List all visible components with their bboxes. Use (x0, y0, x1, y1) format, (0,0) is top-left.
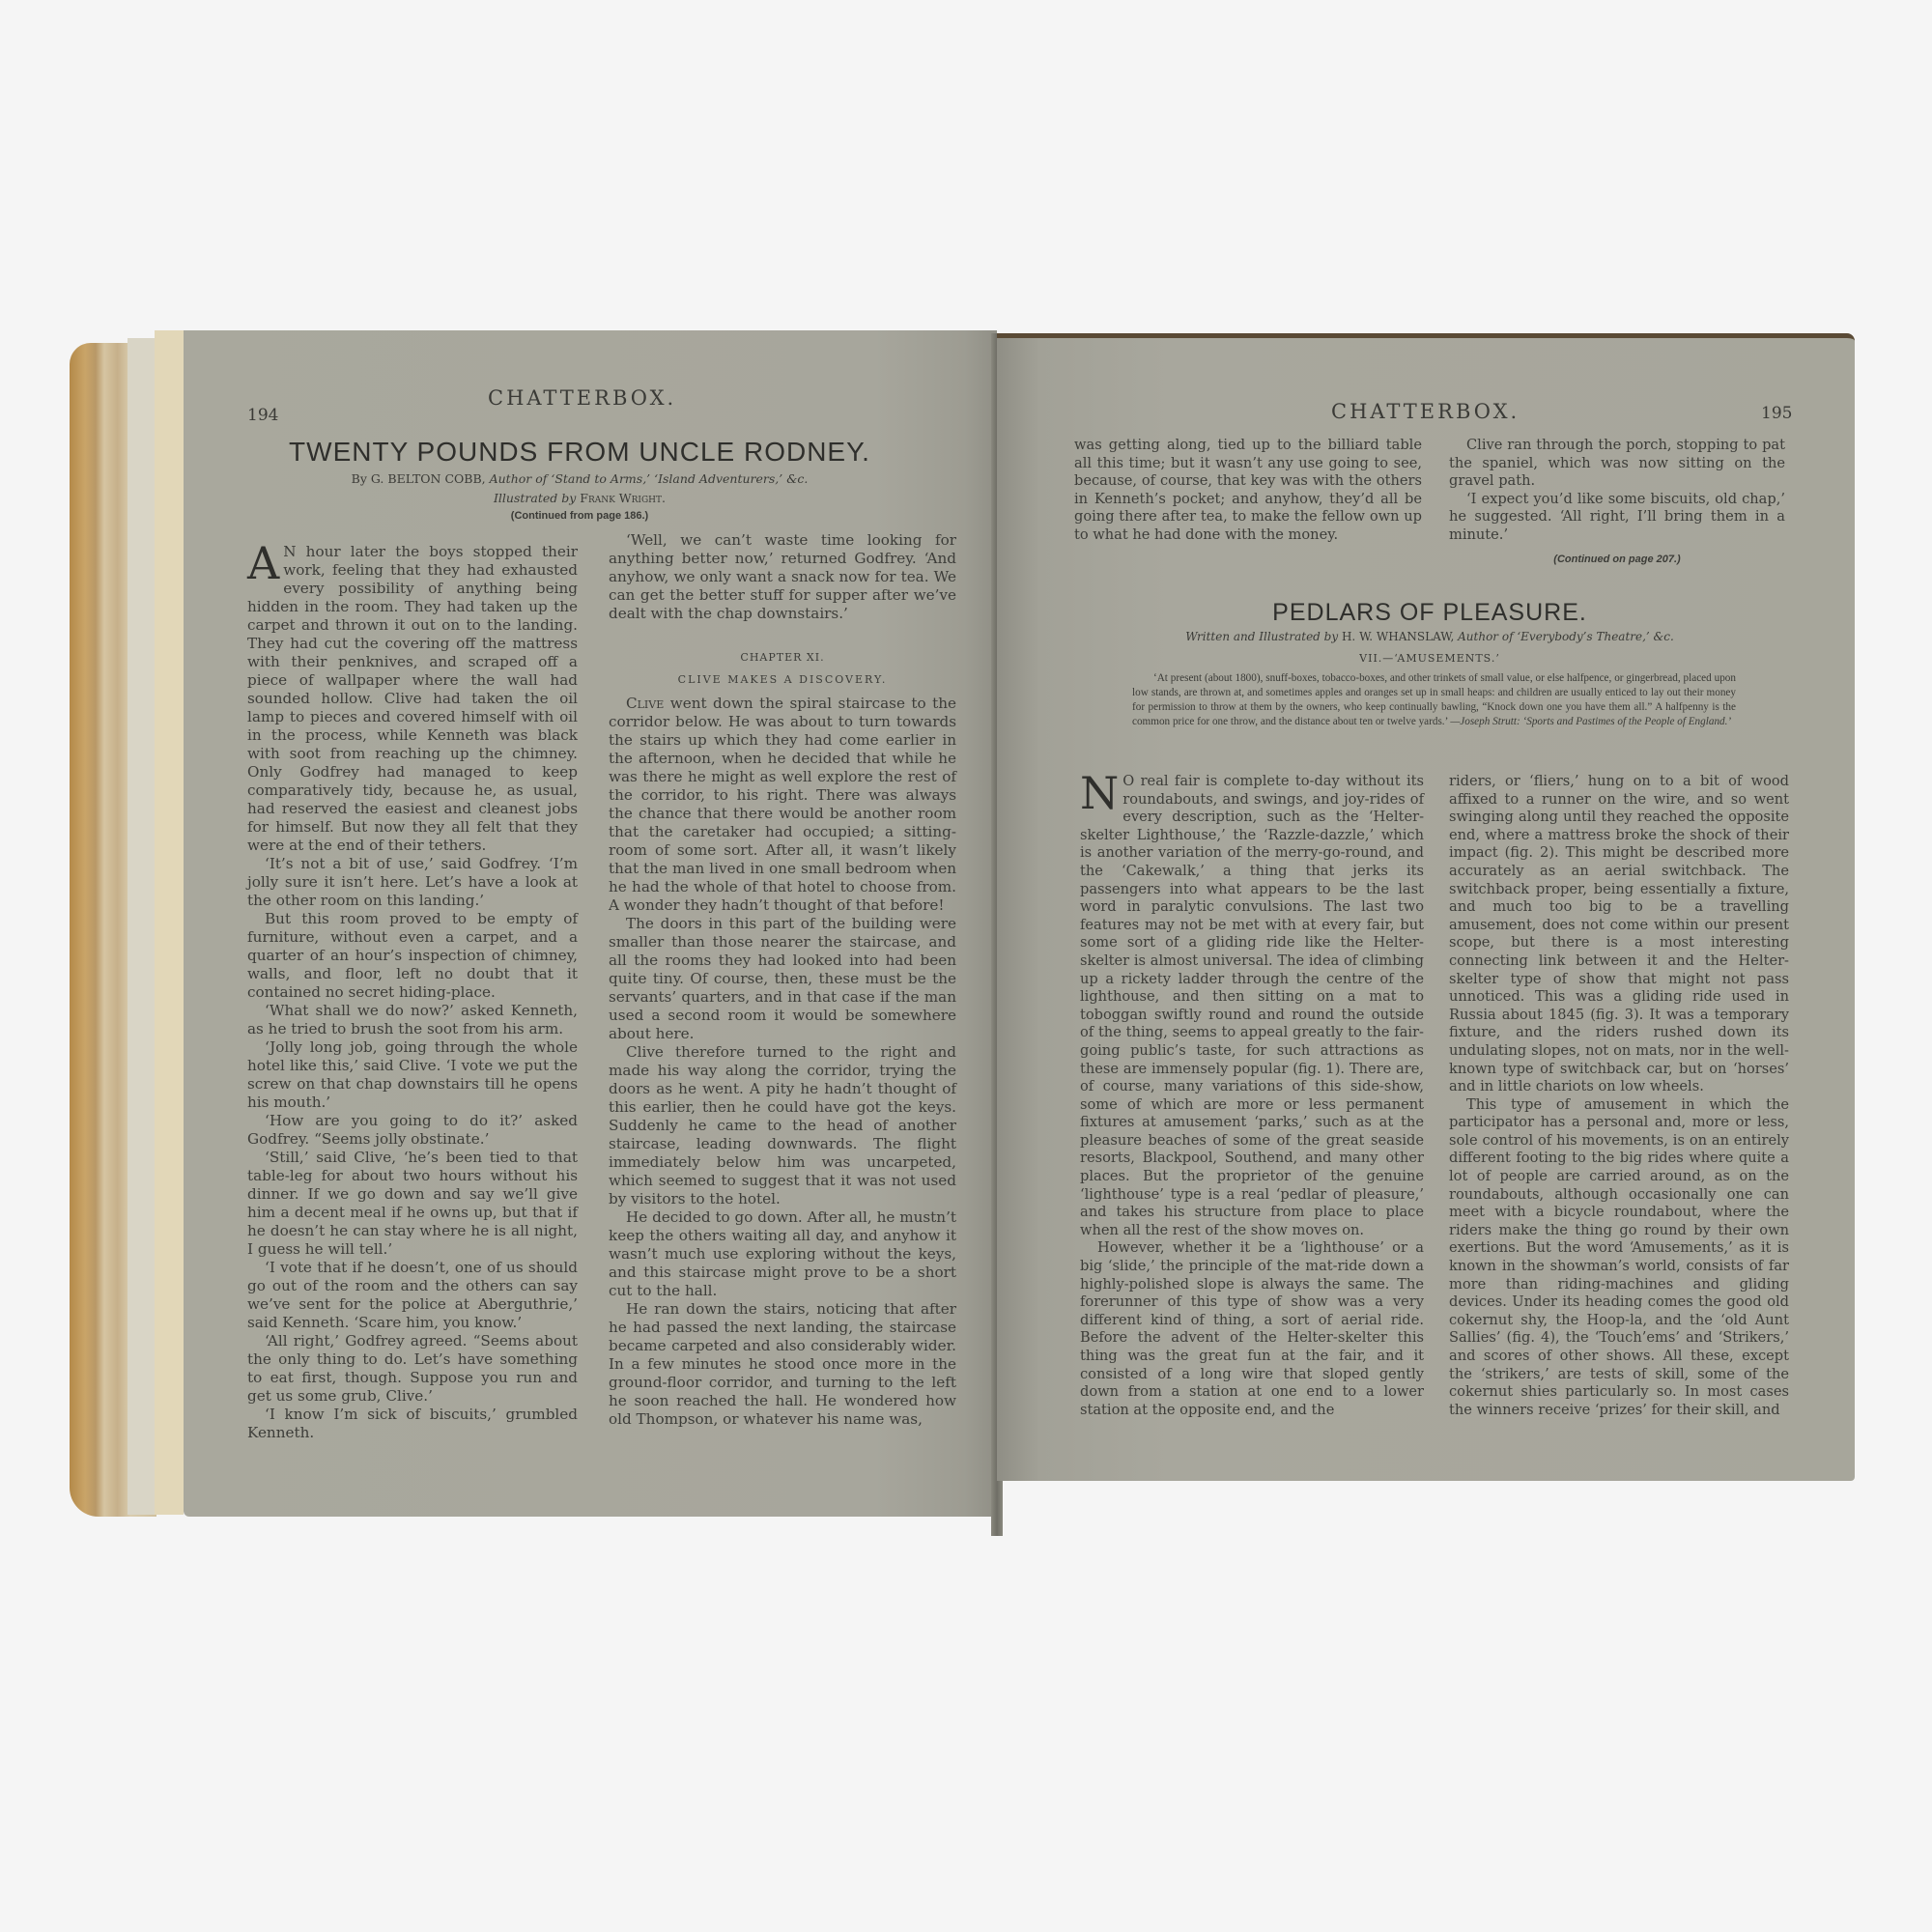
paragraph: AN hour later the boys stopped their wor… (247, 543, 578, 855)
running-head-left: CHATTERBOX. (488, 386, 676, 410)
paragraph: He ran down the stairs, noticing that af… (609, 1300, 956, 1429)
article-column-2: riders, or ‘fliers,’ hung on to a bit of… (1449, 773, 1789, 1419)
article-column-1: NO real fair is complete to-day without … (1080, 773, 1424, 1419)
paragraph: ‘Well, we can’t waste time looking for a… (609, 531, 956, 623)
chapter-title: CLIVE MAKES A DISCOVERY. (609, 670, 956, 689)
article-byline: Written and Illustrated by H. W. WHANSLA… (1101, 630, 1758, 643)
paragraph: ‘What shall we do now?’ asked Kenneth, a… (247, 1002, 578, 1038)
drop-cap: N (1080, 775, 1119, 811)
article-author: H. W. WHANSLAW, (1342, 630, 1454, 643)
illustrated-prefix: Illustrated by (494, 491, 576, 505)
paragraph: But this room proved to be empty of furn… (247, 910, 578, 1002)
open-book: 194 CHATTERBOX. TWENTY POUNDS FROM UNCLE… (0, 0, 1932, 1932)
story-column-2: ‘Well, we can’t waste time looking for a… (609, 531, 956, 1429)
epigraph-text: ‘At present (about 1800), snuff-boxes, t… (1132, 671, 1736, 729)
page-number-left: 194 (247, 406, 278, 425)
section-label: VII.—‘AMUSEMENTS.’ (1101, 652, 1758, 665)
story-byline: By G. BELTON COBB, Author of ‘Stand to A… (251, 471, 908, 486)
page-edge-strip (155, 330, 184, 1515)
article-title: PEDLARS OF PLEASURE. (1101, 599, 1758, 627)
paragraph: ‘It’s not a bit of use,’ said Godfrey. ‘… (247, 855, 578, 910)
page-number-right: 195 (1761, 404, 1792, 423)
paragraph: Clive went down the spiral staircase to … (609, 695, 956, 915)
paragraph: ‘Still,’ said Clive, ‘he’s been tied to … (247, 1149, 578, 1259)
drop-cap: A (247, 545, 279, 582)
illustrator-name: Frank Wright. (580, 491, 666, 505)
continued-from-note: (Continued from page 186.) (251, 510, 908, 522)
story-author-works: Author of ‘Stand to Arms,’ ‘Island Adven… (490, 471, 809, 486)
paragraph: The doors in this part of the building w… (609, 915, 956, 1043)
epigraph-source: —Joseph Strutt: ‘Sports and Pastimes of … (1450, 716, 1731, 727)
epigraph: ‘At present (about 1800), snuff-boxes, t… (1132, 671, 1736, 729)
paragraph: ‘I know I’m sick of biscuits,’ grumbled … (247, 1406, 578, 1442)
continuation-column-2: Clive ran through the porch, stopping to… (1449, 437, 1785, 568)
byline-prefix: Written and Illustrated by (1185, 630, 1338, 643)
paragraph: ‘How are you going to do it?’ asked Godf… (247, 1112, 578, 1149)
story-illustrator-line: Illustrated by Frank Wright. (251, 491, 908, 505)
story-author: By G. BELTON COBB, (352, 471, 486, 486)
paragraph: However, whether it be a ‘lighthouse’ or… (1080, 1239, 1424, 1419)
paragraph: was getting along, tied up to the billia… (1074, 437, 1422, 545)
chapter-number: CHAPTER XI. (609, 648, 956, 667)
paragraph: This type of amusement in which the part… (1449, 1096, 1789, 1420)
paragraph: He decided to go down. After all, he mus… (609, 1208, 956, 1300)
lead-word: Clive (626, 695, 664, 712)
paragraph: Clive therefore turned to the right and … (609, 1043, 956, 1208)
paragraph: NO real fair is complete to-day without … (1080, 773, 1424, 1239)
article-author-works: Author of ‘Everybody’s Theatre,’ &c. (1458, 630, 1674, 643)
paragraph: Clive ran through the porch, stopping to… (1449, 437, 1785, 491)
story-column-1: AN hour later the boys stopped their wor… (247, 543, 578, 1442)
continued-on-note: (Continued on page 207.) (1449, 551, 1785, 569)
paragraph: ‘I expect you’d like some biscuits, old … (1449, 491, 1785, 545)
paragraph: ‘Jolly long job, going through the whole… (247, 1038, 578, 1112)
paragraph: riders, or ‘fliers,’ hung on to a bit of… (1449, 773, 1789, 1096)
continuation-column-1: was getting along, tied up to the billia… (1074, 437, 1422, 545)
paragraph: ‘I vote that if he doesn’t, one of us sh… (247, 1259, 578, 1332)
paragraph: ‘All right,’ Godfrey agreed. “Seems abou… (247, 1332, 578, 1406)
running-head-right: CHATTERBOX. (1331, 400, 1520, 423)
story-title: TWENTY POUNDS FROM UNCLE RODNEY. (270, 437, 889, 468)
